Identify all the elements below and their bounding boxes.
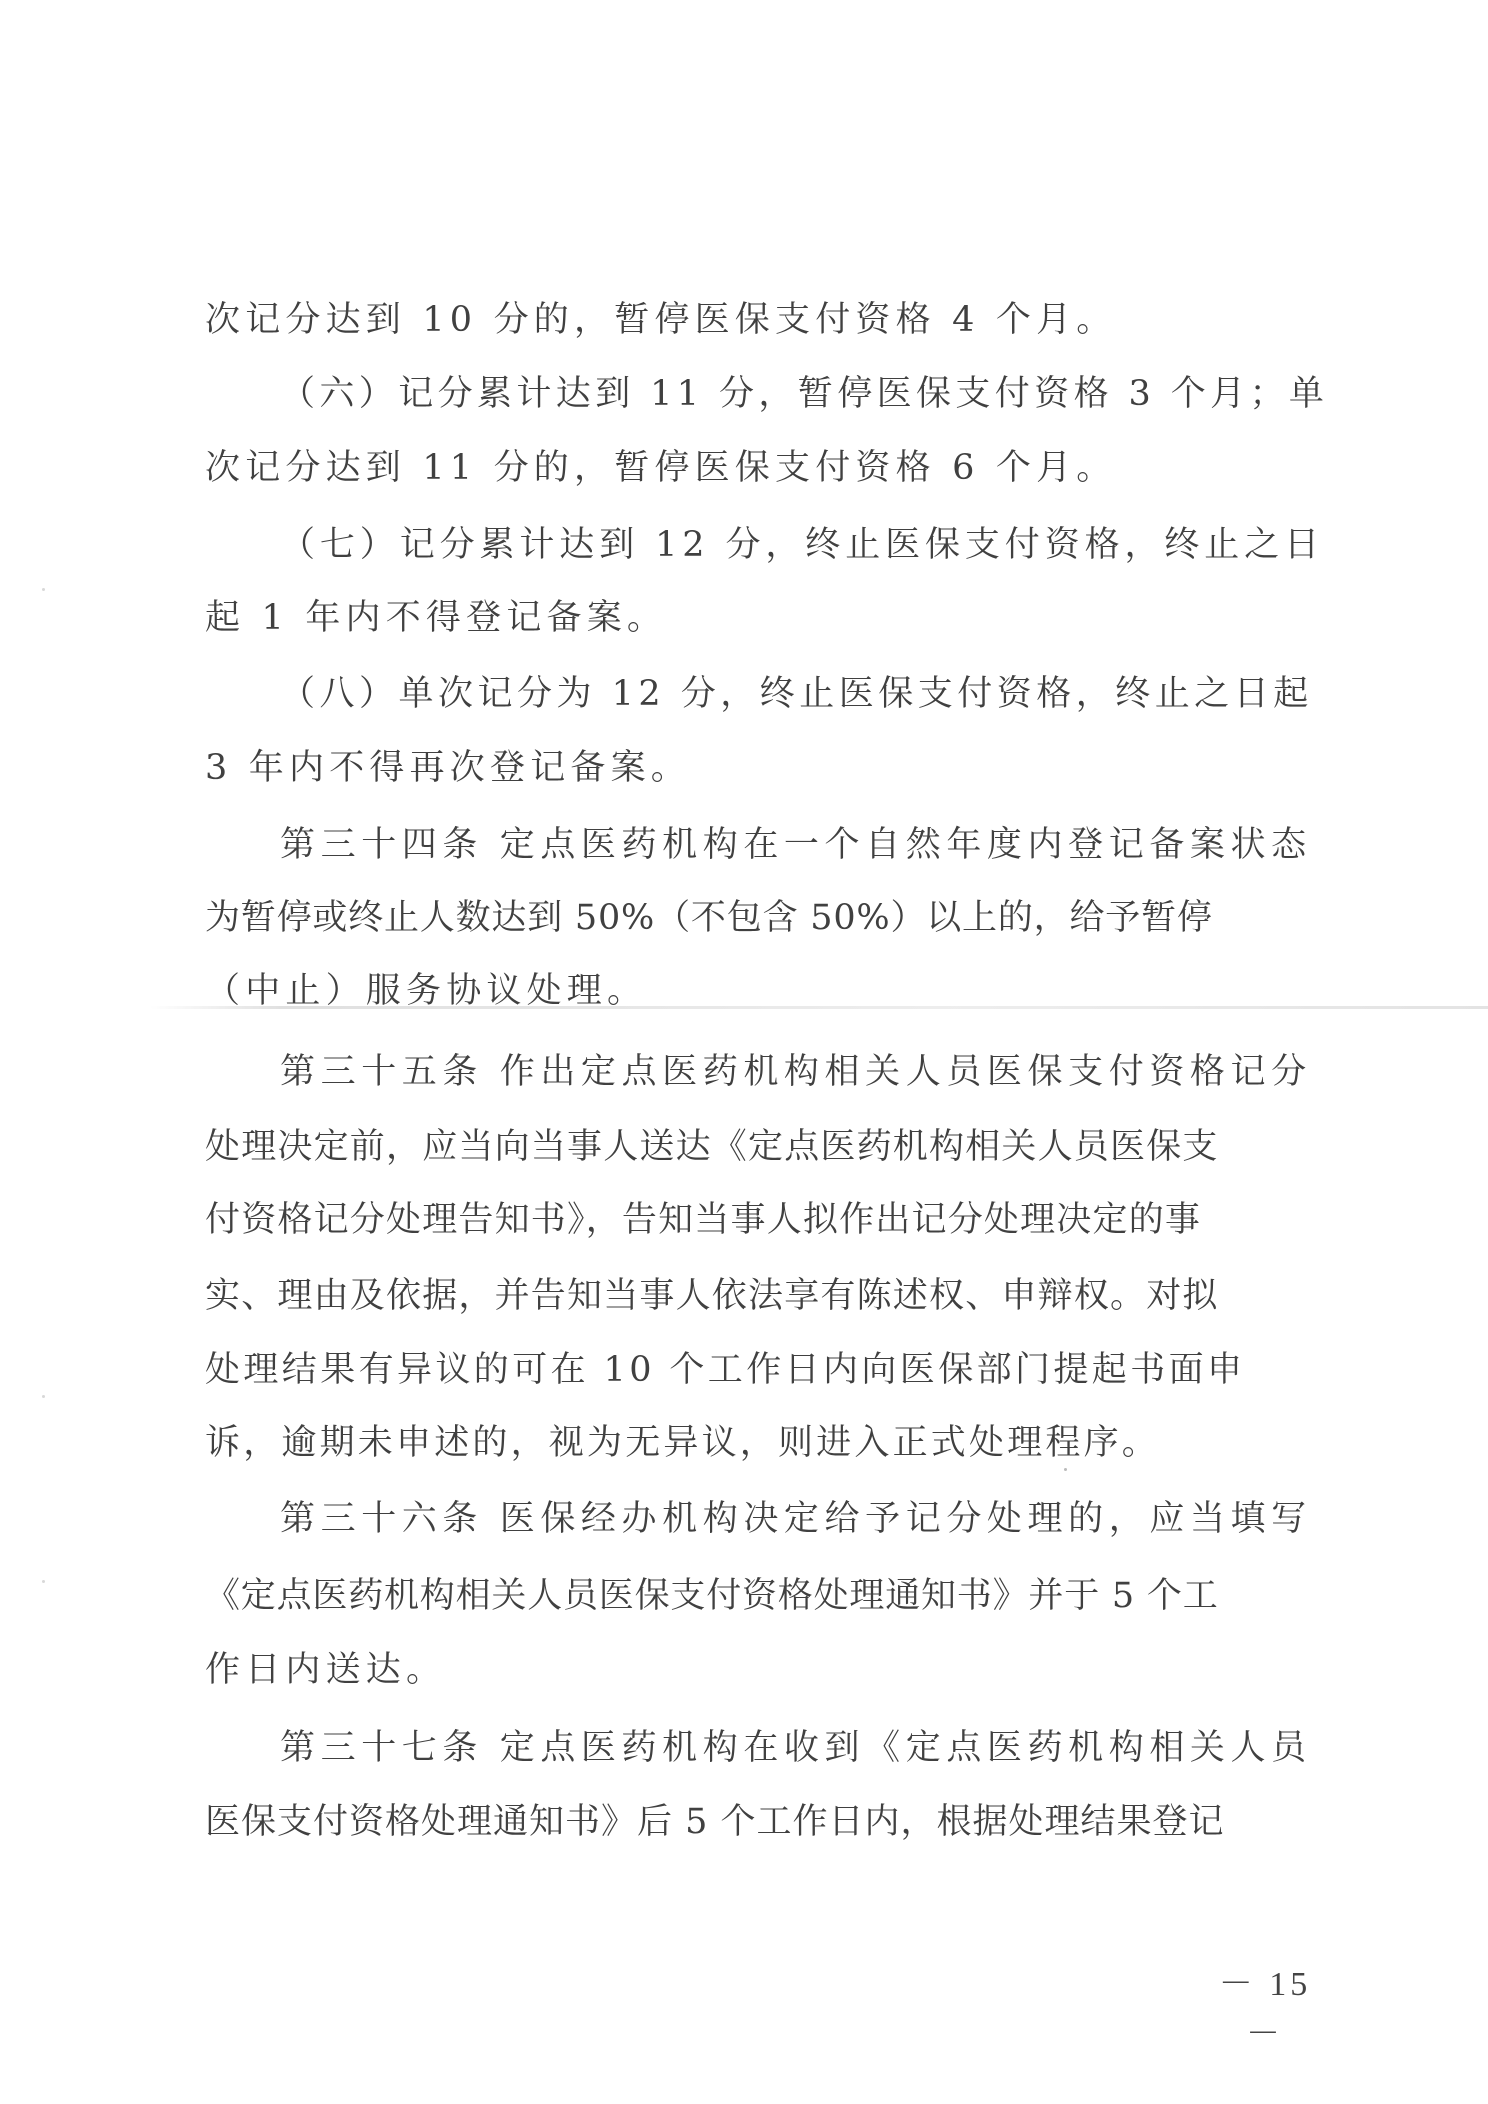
text-line: 诉，逾期未申述的，视为无异议，则进入正式处理程序。: [205, 1415, 1305, 1471]
text-line: 付资格记分处理告知书》，告知当事人拟作出记分处理决定的事: [205, 1192, 1305, 1248]
scan-speck: [42, 588, 45, 591]
text-line: （六）记分累计达到 11 分，暂停医保支付资格 3 个月；单: [280, 366, 1380, 422]
scan-speck: [42, 1580, 45, 1583]
page-number: － 15 －: [1200, 1960, 1330, 2060]
text-line: 第三十五条 作出定点医药机构相关人员医保支付资格记分: [280, 1044, 1380, 1100]
text-line: 为暂停或终止人数达到 50%（不包含 50%）以上的，给予暂停: [205, 890, 1305, 946]
text-line: （中止）服务协议处理。: [205, 963, 1305, 1019]
text-line: 3 年内不得再次登记备案。: [205, 740, 1305, 796]
text-line: 起 1 年内不得登记备案。: [205, 590, 1305, 646]
scan-speck: [42, 1395, 45, 1398]
text-line: 第三十四条 定点医药机构在一个自然年度内登记备案状态: [280, 817, 1380, 873]
text-line: 医保支付资格处理通知书》后 5 个工作日内，根据处理结果登记: [205, 1794, 1305, 1850]
text-line: 《定点医药机构相关人员医保支付资格处理通知书》并于 5 个工: [205, 1568, 1305, 1624]
text-line: 处理决定前，应当向当事人送达《定点医药机构相关人员医保支: [205, 1119, 1305, 1175]
text-line: 实、理由及依据，并告知当事人依法享有陈述权、申辩权。对拟: [205, 1268, 1305, 1324]
text-line: 次记分达到 10 分的，暂停医保支付资格 4 个月。: [205, 292, 1305, 348]
text-line: 第三十七条 定点医药机构在收到《定点医药机构相关人员: [280, 1720, 1380, 1776]
text-line: （七）记分累计达到 12 分，终止医保支付资格，终止之日: [280, 517, 1380, 573]
scan-artifact-line: [150, 1006, 1488, 1009]
document-page: 次记分达到 10 分的，暂停医保支付资格 4 个月。 （六）记分累计达到 11 …: [0, 0, 1488, 2104]
text-line: 处理结果有异议的可在 10 个工作日内向医保部门提起书面申: [205, 1342, 1305, 1398]
text-line: 第三十六条 医保经办机构决定给予记分处理的，应当填写: [280, 1491, 1380, 1547]
text-line: 次记分达到 11 分的，暂停医保支付资格 6 个月。: [205, 440, 1305, 496]
text-line: 作日内送达。: [205, 1642, 1305, 1698]
text-line: （八）单次记分为 12 分，终止医保支付资格，终止之日起: [280, 666, 1380, 722]
scan-speck: [1064, 1468, 1067, 1471]
